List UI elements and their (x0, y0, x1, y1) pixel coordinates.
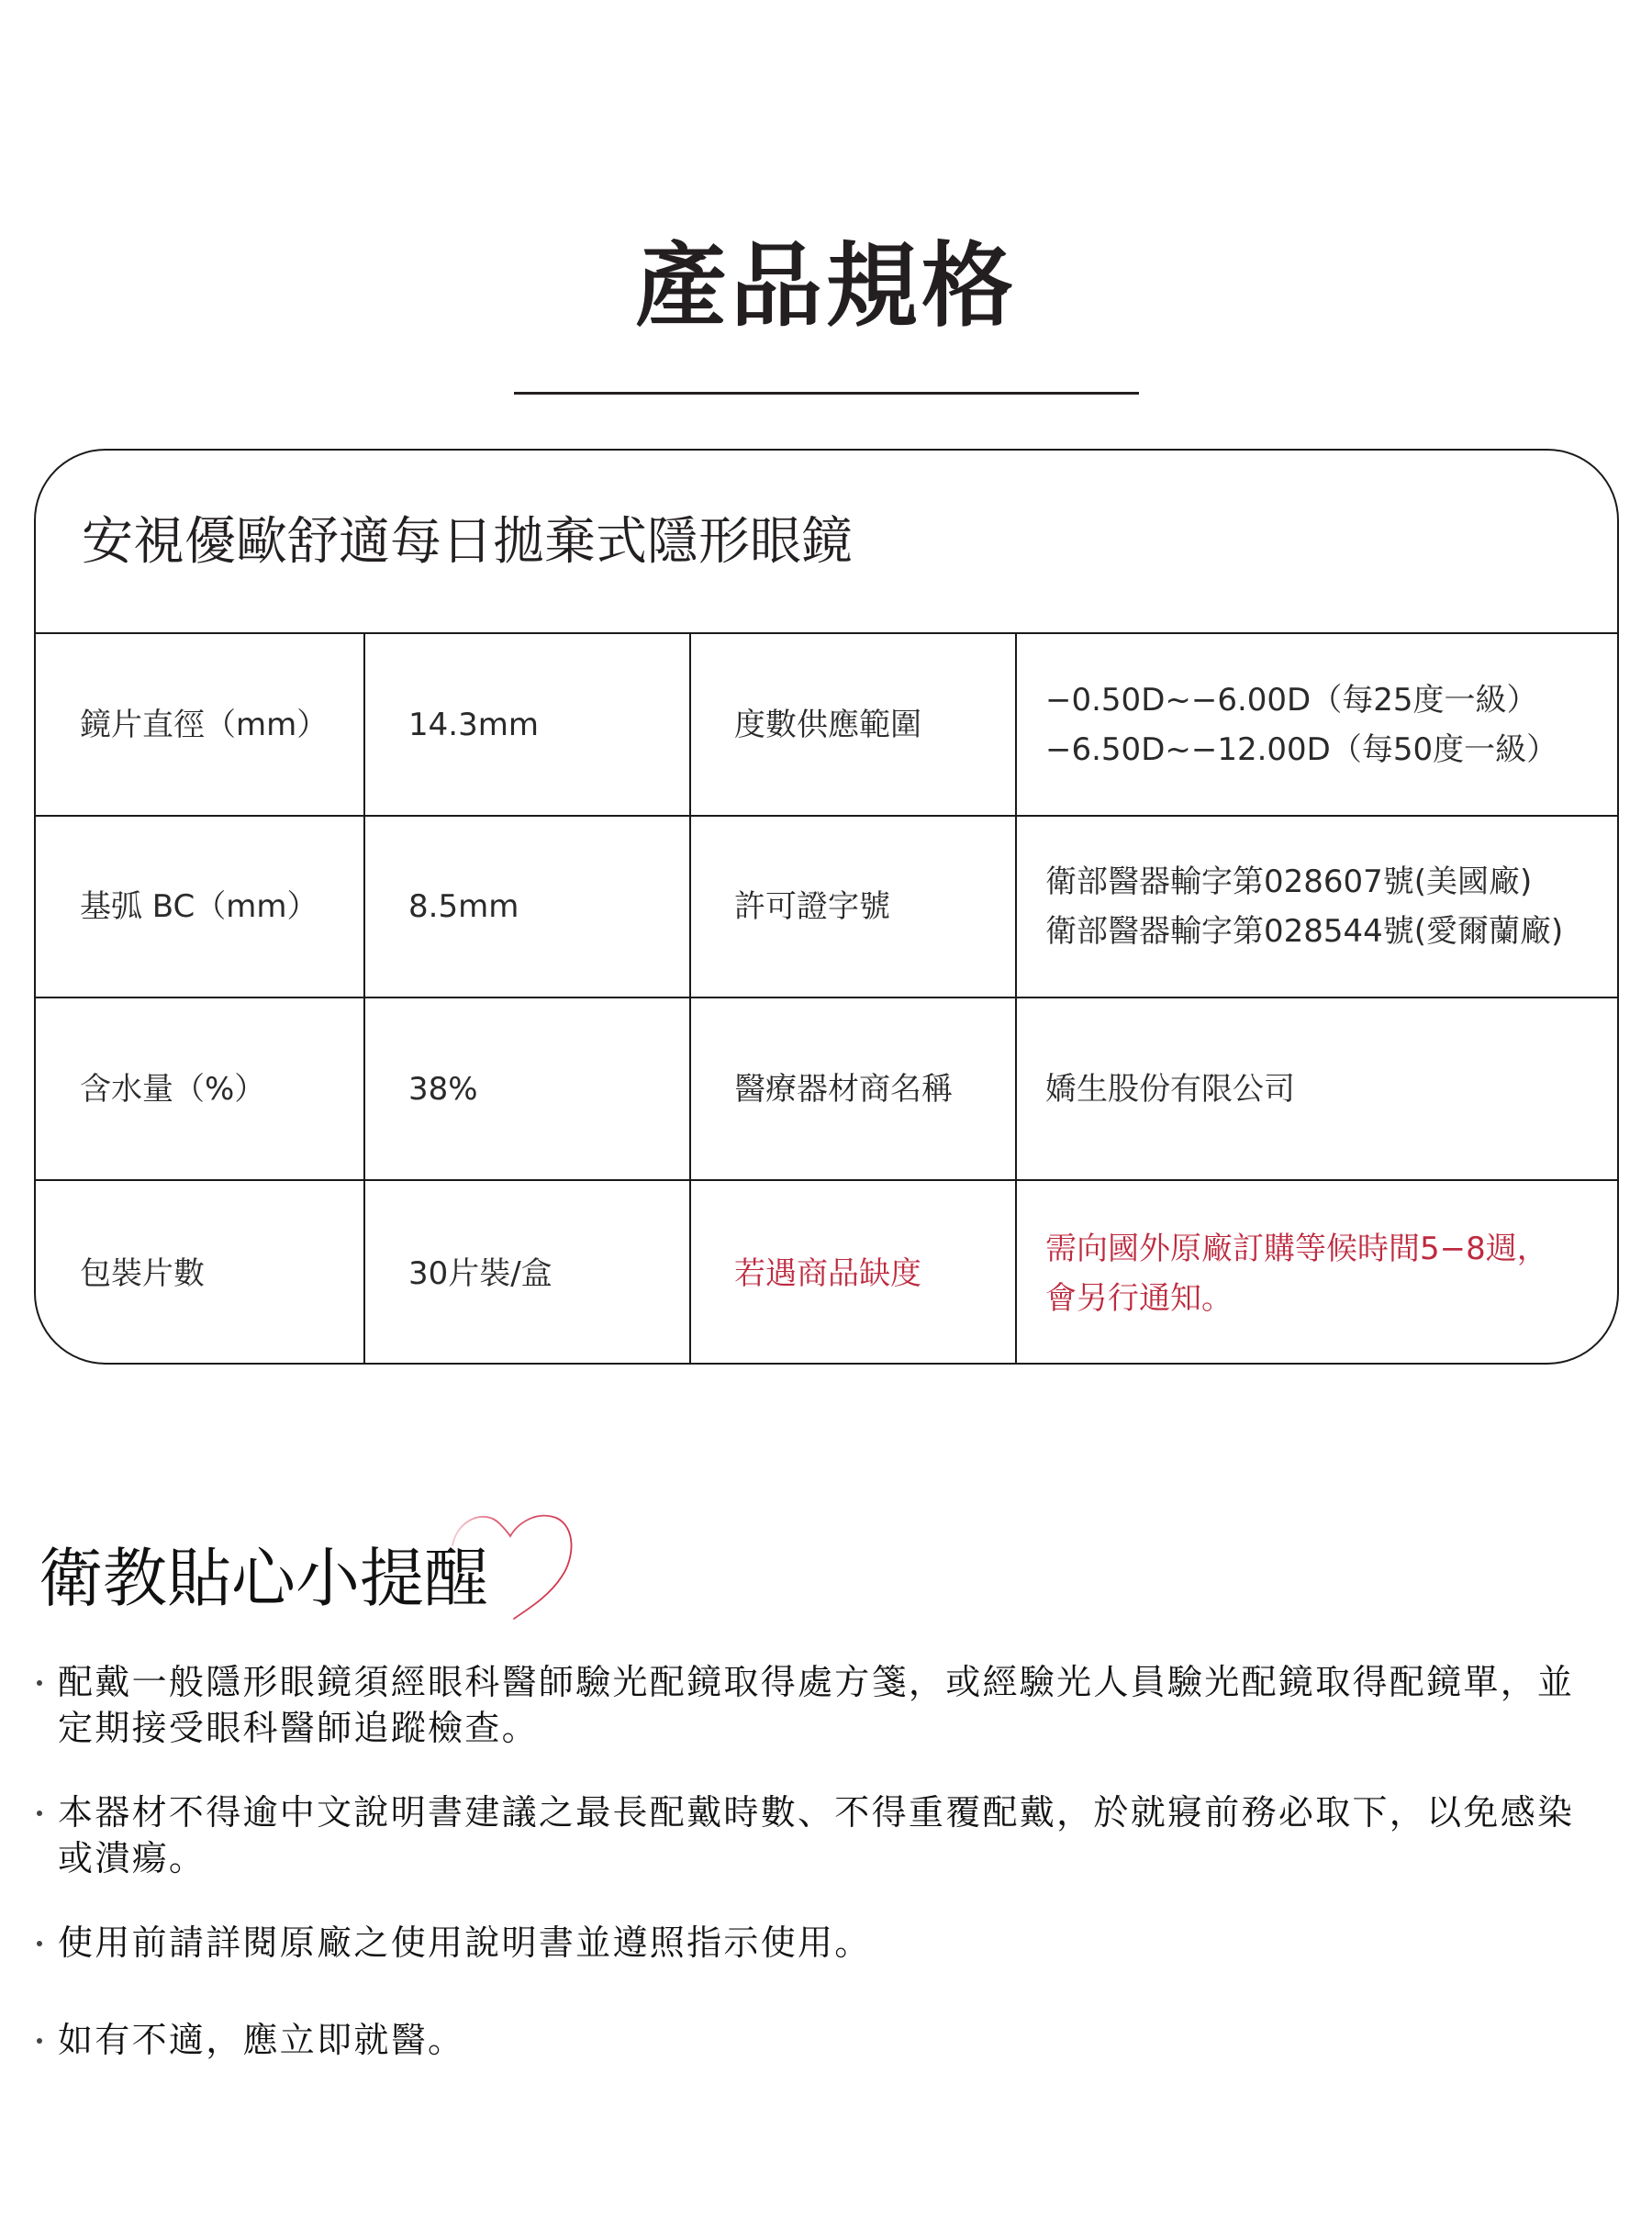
spec-label: 包裝片數 (36, 1181, 363, 1365)
bullet-dot-icon (37, 1941, 42, 1946)
spec-row-water-content: 含水量（%） 38% 醫療器材商名稱 嬌生股份有限公司 (36, 998, 1617, 1181)
power-range-line: −0.50D~−6.00D（每25度一級） (1045, 675, 1557, 725)
notice-line: 會另行通知。 (1045, 1274, 1548, 1323)
spec-label: 含水量（%） (36, 998, 363, 1179)
spec-row-package: 包裝片數 30片裝/盒 若遇商品缺度 需向國外原廠訂購等候時間5−8週， 會另行… (36, 1181, 1617, 1365)
spec-label: 度數供應範圍 (689, 634, 1015, 815)
spec-table: 安視優歐舒適每日拋棄式隱形眼鏡 鏡片直徑（mm） 14.3mm 度數供應範圍 −… (34, 449, 1619, 1365)
spec-value: 14.3mm (363, 634, 689, 815)
bullet-dot-icon (37, 1811, 42, 1816)
license-line: 衛部醫器輸字第028607號(美國廠) (1045, 857, 1563, 907)
spec-label: 醫療器材商名稱 (689, 998, 1015, 1179)
spec-value: 38% (363, 998, 689, 1179)
product-name: 安視優歐舒適每日拋棄式隱形眼鏡 (82, 506, 853, 579)
power-range-line: −6.50D~−12.00D（每50度一級） (1045, 725, 1557, 775)
page-title: 產品規格 (0, 231, 1652, 341)
spec-table-header: 安視優歐舒適每日拋棄式隱形眼鏡 (36, 451, 1617, 634)
spec-row-diameter: 鏡片直徑（mm） 14.3mm 度數供應範圍 −0.50D~−6.00D（每25… (36, 634, 1617, 817)
spec-value: −0.50D~−6.00D（每25度一級） −6.50D~−12.00D（每50… (1015, 634, 1619, 815)
spec-value: 衛部醫器輸字第028607號(美國廠) 衛部醫器輸字第028544號(愛爾蘭廠) (1015, 817, 1619, 997)
spec-label: 鏡片直徑（mm） (36, 634, 363, 815)
spec-row-base-curve: 基弧 BC（mm） 8.5mm 許可證字號 衛部醫器輸字第028607號(美國廠… (36, 817, 1617, 998)
license-line: 衛部醫器輸字第028544號(愛爾蘭廠) (1045, 907, 1563, 956)
bullet-dot-icon (37, 2038, 42, 2044)
spec-value: 30片裝/盒 (363, 1181, 689, 1365)
heart-outline-icon (448, 1509, 576, 1622)
bullet-dot-icon (37, 1680, 42, 1686)
spec-value: 嬌生股份有限公司 (1015, 998, 1619, 1179)
out-of-stock-notice: 需向國外原廠訂購等候時間5−8週， 會另行通知。 (1015, 1181, 1619, 1365)
notice-line: 需向國外原廠訂購等候時間5−8週， (1045, 1224, 1548, 1274)
title-underline (514, 392, 1139, 395)
company-name: 嬌生股份有限公司 (1045, 1064, 1295, 1114)
spec-label: 許可證字號 (689, 817, 1015, 997)
tips-heading: 衛教貼心小提醒 (39, 1534, 488, 1622)
spec-value: 8.5mm (363, 817, 689, 997)
spec-label: 基弧 BC（mm） (36, 817, 363, 997)
out-of-stock-label: 若遇商品缺度 (689, 1181, 1015, 1365)
